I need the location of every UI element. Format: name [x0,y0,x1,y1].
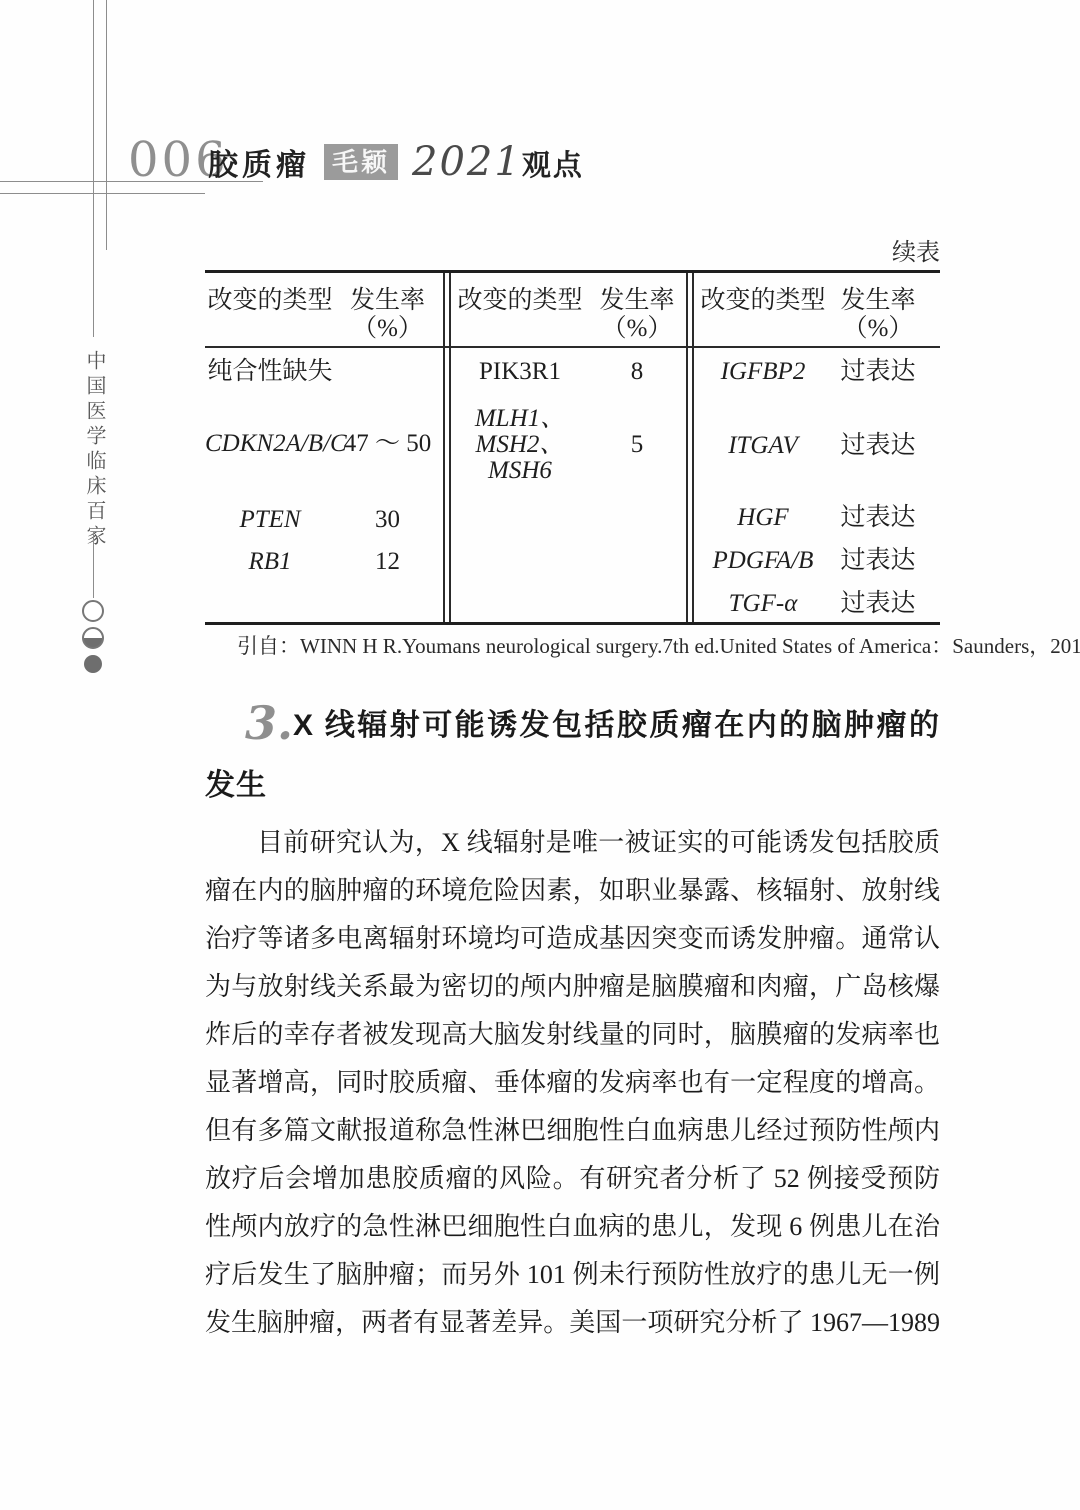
series-title-vertical: 中国医学临床百家 [80,350,109,550]
table-cell-gene: PIK3R1 [450,357,590,387]
table-group-separator-2 [686,273,694,622]
table-cell-gene: PTEN [205,505,335,535]
book-page: 中国医学临床百家 006 胶质瘤 毛颖 2021观点 续表 改变的类型 发生率 … [0,0,1080,1510]
book-title: 胶质瘤 [208,140,310,184]
body-line: 瘤在内的脑肿瘤的环境危险因素，如职业暴露、核辐射、放射线 [205,867,940,915]
table-cell-value: 过表达 [835,546,921,576]
table-header-type: 改变的类型 [205,286,335,316]
table-header-rate: 发生率 [335,286,440,316]
edition-label: 2021观点 [412,139,584,185]
running-header: 胶质瘤 毛颖 2021观点 [208,142,584,182]
body-line: 性颅内放疗的急性淋巴细胞性白血病的患儿，发现 6 例患儿在治 [205,1203,940,1251]
table-header-type: 改变的类型 [695,286,831,316]
table-cell-value: 过表达 [835,431,921,461]
circle-filled-icon [84,655,102,673]
table-header-rule [205,346,940,348]
table-cell-gene: IGFBP2 [695,357,831,387]
table-cell-gene: PDGFA/B [695,546,831,576]
body-line: 治疗等诸多电离辐射环境均可造成基因突变而诱发肿瘤。通常认 [205,915,940,963]
section-heading: 3.X 线辐射可能诱发包括胶质瘤在内的脑肿瘤的 [205,696,940,750]
author-badge: 毛颖 [324,144,398,180]
section-heading-continued: 发生 [205,760,267,804]
table-header-rate: 发生率 [835,286,921,316]
table-cell-value: 30 [335,505,440,535]
table-cell-gene: ITGAV [695,431,831,461]
body-line: 为与放射线关系最为密切的颅内肿瘤是脑膜瘤和肉瘤，广岛核爆 [205,963,940,1011]
table-cell-gene: RB1 [205,547,335,577]
section-title: X 线辐射可能诱发包括胶质瘤在内的脑肿瘤的 [293,709,940,742]
table-header-rate: 发生率 [593,286,681,316]
table-cell-value: 过表达 [835,589,921,619]
table-header-rate-unit: （%） [593,314,681,344]
table-cell-value: 过表达 [835,357,921,387]
table-continued-label: 续表 [205,232,940,267]
body-line: 放疗后会增加患胶质瘤的风险。有研究者分析了 52 例接受预防 [205,1155,940,1203]
margin-vertical-rule-short [106,0,107,250]
table-cell-gene: 纯合性缺失 [205,357,335,387]
table-cell-gene: MSH6 [450,456,590,486]
table-header-rate-unit: （%） [835,314,921,344]
header-underline-short [0,193,205,194]
table-cell-value: 过表达 [835,503,921,533]
section-number: 3. [205,696,293,750]
table-cell-gene: TGF-α [695,589,831,619]
body-line: 但有多篇文献报道称急性淋巴细胞性白血病患儿经过预防性颅内 [205,1107,940,1155]
circle-half-filled-icon [82,627,104,649]
body-line: 疗后发生了脑肿瘤；而另外 101 例未行预防性放疗的患儿无一例 [205,1251,940,1299]
table-cell-value: 8 [593,357,681,387]
body-paragraph: 目前研究认为，X 线辐射是唯一被证实的可能诱发包括胶质 瘤在内的脑肿瘤的环境危险… [205,819,940,1347]
table-cell-gene: HGF [695,503,831,533]
margin-vertical-rule-long [93,0,94,337]
body-line: 目前研究认为，X 线辐射是唯一被证实的可能诱发包括胶质 [205,819,940,867]
body-line: 炸后的幸存者被发现高大脑发射线量的同时，脑膜瘤的发病率也 [205,1011,940,1059]
table-header-rate-unit: （%） [335,314,440,344]
sidebar-rule [93,532,94,598]
body-line: 发生脑肿瘤，两者有显著差异。美国一项研究分析了 1967—1989 [205,1299,940,1347]
table-cell-value: 12 [335,547,440,577]
table-cell-gene: CDKN2A/B/C [205,429,335,459]
edition-viewpoint: 观点 [522,150,584,182]
table-cell-value: 5 [593,430,681,460]
table-header-type: 改变的类型 [450,286,590,316]
table-cell-value: 47 ～ 50 [335,429,440,459]
body-line: 显著增高，同时胶质瘤、垂体瘤的发病率也有一定程度的增高。 [205,1059,940,1107]
edition-year: 2021 [412,139,522,185]
table-citation: 引自：WINN H R.Youmans neurological surgery… [205,630,940,660]
gene-alteration-table: 改变的类型 发生率 （%） 改变的类型 发生率 （%） 改变的类型 发生率 （%… [205,270,940,625]
circle-outline-icon [82,600,104,622]
